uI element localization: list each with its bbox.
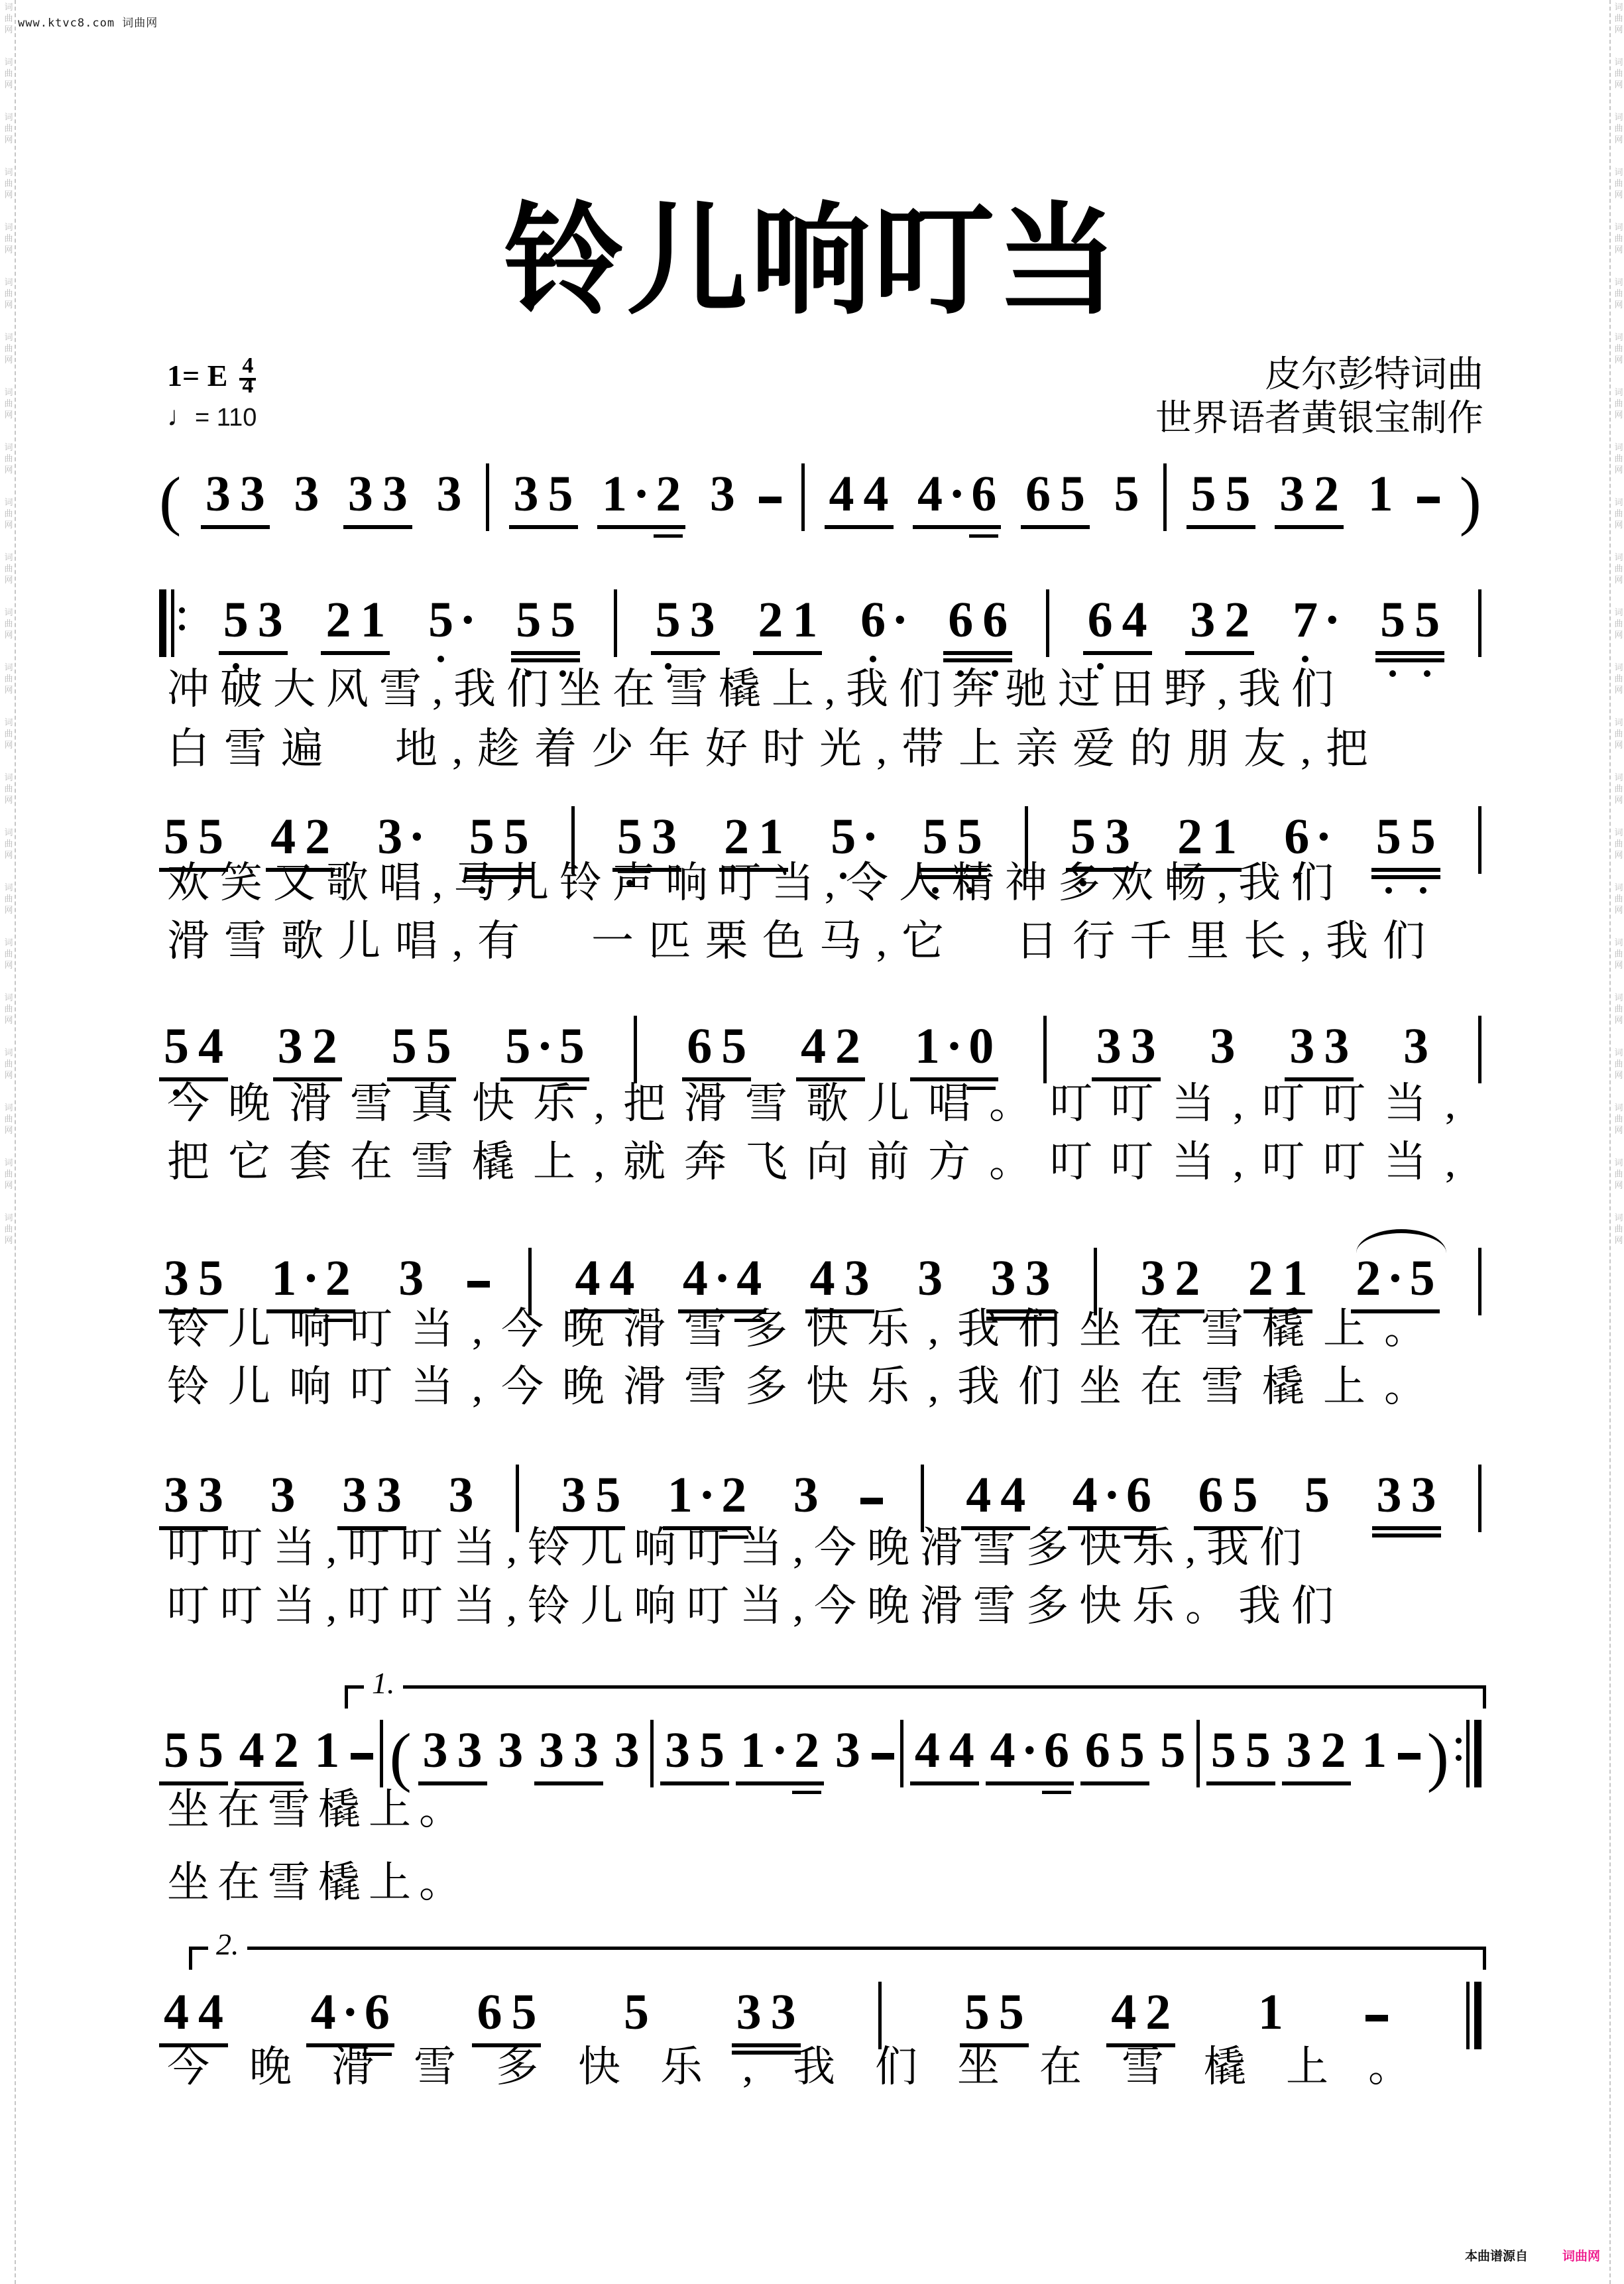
note-group: 44 (910, 1724, 979, 1777)
note-group: 44 (570, 1252, 639, 1305)
note-group: 35 (159, 1252, 228, 1305)
music-line-3: 5432555·565421·0333333 (159, 1020, 1481, 1073)
note-group: 7· (1288, 593, 1342, 646)
note-group: 35 (660, 1724, 729, 1777)
parenthesis: ( (390, 1730, 412, 1783)
dash-extension (1365, 2015, 1388, 2021)
note-group: 33 (159, 1469, 228, 1522)
note-group: 65 (1021, 467, 1090, 520)
side-watermark-text: 词曲网 (3, 718, 14, 751)
music-line-1: 53215·5553216·6664327·55 (159, 593, 1481, 646)
time-signature: 4 4 (239, 356, 256, 396)
credit-composer: 皮尔彭特词曲 (1155, 353, 1483, 396)
side-watermark-text: 词曲网 (1613, 3, 1624, 35)
dash-extension (1398, 1753, 1421, 1760)
dash-extension (467, 1281, 490, 1288)
barline (1043, 1016, 1047, 1083)
beam-underline (1375, 651, 1444, 655)
side-watermark-text: 词曲网 (1613, 938, 1624, 971)
note-group: 55 (1375, 593, 1444, 646)
side-watermark-text: 词曲网 (1613, 663, 1624, 695)
beam-underline (825, 525, 894, 529)
note-group: 5· (826, 810, 880, 863)
note-group: 3 (443, 1469, 478, 1522)
music-line-2: 55423·5553215·5553216·55 (159, 810, 1481, 863)
note-group: 65 (1194, 1469, 1263, 1522)
note-group: 5 (1300, 1469, 1334, 1522)
note-group: 53 (612, 810, 681, 863)
side-watermark-text: 词曲网 (1613, 718, 1624, 751)
note-group: 21 (753, 593, 822, 646)
note-group: 3 (432, 467, 466, 520)
lyric-line: 铃儿响叮当,今晚滑雪多快乐,我们坐在雪橇上。 (167, 1303, 1506, 1356)
beam-underline (943, 651, 1012, 655)
note-group: 5 (1109, 467, 1143, 520)
note-group: 55 (918, 810, 987, 863)
lyric-line: 今晚滑雪多快乐,我们坐在雪橇上。 (167, 2041, 1506, 2094)
note-group: 55 (511, 593, 580, 646)
side-watermark-text: 词曲网 (3, 1158, 14, 1191)
note-group: 3 (493, 1724, 528, 1777)
note-group: 5· (424, 593, 477, 646)
note-group: 32 (273, 1020, 342, 1073)
lyric-line: 叮叮当,叮叮当,铃儿响叮当,今晚滑雪多快乐,我们 (167, 1522, 1506, 1575)
beam-underline (1187, 525, 1255, 529)
beam-underline (1083, 651, 1152, 655)
right-dashed-divider (1609, 0, 1611, 2284)
note-group: 1·2 (597, 467, 685, 520)
parenthesis: ) (1460, 474, 1481, 527)
note-group: 3· (373, 810, 426, 863)
note-group: 33 (732, 1986, 801, 2039)
note-group: 55 (159, 1724, 228, 1777)
barline (878, 1982, 882, 2049)
note-group: 53 (219, 593, 288, 646)
note-group: 21 (321, 593, 390, 646)
barline (1196, 1720, 1200, 1787)
side-watermark-text: 词曲网 (1613, 333, 1624, 365)
beam-underline (753, 651, 822, 655)
lyric-line: 叮叮当,叮叮当,铃儿响叮当,今晚滑雪多快乐。我们 (167, 1580, 1506, 1633)
sixteenth-underline (654, 534, 683, 538)
volta-bracket-1: 1. (345, 1685, 1486, 1709)
note-group: 2·5 (1351, 1252, 1439, 1305)
note-group: 55 (1206, 1724, 1275, 1777)
barline (1046, 589, 1049, 657)
side-watermark-text: 词曲网 (1613, 1213, 1624, 1246)
beam-underline (913, 525, 1001, 529)
note-group: 1 (1357, 1724, 1391, 1777)
note-group: 32 (1185, 593, 1254, 646)
note-group: 3 (705, 467, 740, 520)
music-line-ending2: 444·66553355421 (159, 1986, 1481, 2039)
dash-extension (872, 1753, 894, 1760)
note-group: 33 (1092, 1020, 1161, 1073)
side-watermark-text: 词曲网 (3, 773, 14, 806)
side-watermark-text: 词曲网 (1613, 388, 1624, 420)
note-group: 6· (1279, 810, 1333, 863)
volta-label-2: 2. (208, 1927, 247, 1962)
key-label: 1= E (167, 359, 227, 392)
credits: 皮尔彭特词曲 世界语者黄银宝制作 (1155, 353, 1483, 440)
beam-underline (943, 658, 1012, 662)
final-barline (1466, 1982, 1481, 2039)
note-group: 1·2 (736, 1724, 824, 1777)
lyric-line: 今晚滑雪真快乐,把滑雪歌儿唱。叮叮当,叮叮当, (167, 1077, 1506, 1130)
note-group: 66 (943, 593, 1012, 646)
note-group: 55 (465, 810, 534, 863)
note-group: 33 (986, 1252, 1055, 1305)
barline (486, 463, 489, 531)
side-watermark-text: 词曲网 (3, 828, 14, 861)
begin-repeat-sign (159, 589, 185, 646)
parenthesis: ( (159, 474, 181, 527)
sixteenth-underline (969, 534, 998, 538)
note-group: 54 (159, 1020, 228, 1073)
side-watermark-text: 词曲网 (1613, 443, 1624, 475)
note-group: 5 (1155, 1724, 1190, 1777)
beam-underline (343, 525, 412, 529)
note-group: 65 (472, 1986, 541, 2039)
side-watermark-text: 词曲网 (3, 498, 14, 530)
side-watermark-text: 词曲网 (3, 608, 14, 640)
side-watermark-text: 词曲网 (1613, 553, 1624, 585)
music-line-4: 351·23444·44333332212·5 (159, 1252, 1481, 1305)
note-group: 1·0 (910, 1020, 998, 1073)
note-group: 35 (556, 1469, 625, 1522)
music-line-intro: (333333351·23444·665555321) (159, 467, 1481, 520)
note-group: 42 (266, 810, 335, 863)
side-watermark-text: 词曲网 (3, 993, 14, 1026)
beam-underline (1375, 658, 1444, 662)
note-group: 32 (1275, 467, 1344, 520)
low-octave-dot (870, 656, 876, 662)
note-group: 4·6 (1068, 1469, 1156, 1522)
note-group: 5 (619, 1986, 654, 2039)
note-group: 3 (289, 467, 323, 520)
note-group: 21 (719, 810, 788, 863)
side-watermark-text: 词曲网 (3, 113, 14, 145)
side-watermark-text: 词曲网 (3, 1048, 14, 1081)
note-group: 32 (1135, 1252, 1204, 1305)
lyric-line: 冲破大风雪,我们坐在雪橇上,我们奔驰过田野,我们 (167, 663, 1506, 716)
barline (380, 1720, 383, 1787)
note-group: 32 (1282, 1724, 1351, 1777)
dash-extension (1417, 497, 1440, 503)
side-watermark-text: 词曲网 (1613, 1048, 1624, 1081)
volta-bracket-2: 2. (189, 1947, 1486, 1970)
note-group: 55 (387, 1020, 456, 1073)
note-group: 33 (201, 467, 270, 520)
note-group: 21 (1173, 810, 1242, 863)
side-watermark-text: 词曲网 (1613, 1158, 1624, 1191)
note-group: 42 (1106, 1986, 1175, 2039)
note-group: 3 (394, 1252, 428, 1305)
side-watermark-text: 词曲网 (3, 443, 14, 475)
source-site-name: 词曲网 (1562, 2249, 1600, 2263)
note-group: 43 (805, 1252, 874, 1305)
note-group: 3 (789, 1469, 823, 1522)
beam-underline (1185, 651, 1254, 655)
barline (801, 463, 805, 531)
side-watermark-text: 词曲网 (1613, 58, 1624, 90)
song-title: 铃儿响叮当 (0, 164, 1624, 337)
side-watermark-text: 词曲网 (1613, 608, 1624, 640)
note-group: 55 (159, 810, 228, 863)
lyric-line: 欢笑又歌唱,马儿铃声响叮当,令人精神多欢畅,我们 (167, 857, 1506, 910)
note-group: 4·4 (678, 1252, 766, 1305)
note-group: 33 (1372, 1469, 1441, 1522)
lyric-line: 把它套在雪橇上,就奔飞向前方。叮叮当,叮叮当, (167, 1136, 1506, 1189)
note-group: 1·2 (663, 1469, 751, 1522)
side-watermark-text: 词曲网 (1613, 883, 1624, 916)
note-group: 33 (343, 467, 412, 520)
note-group: 42 (796, 1020, 865, 1073)
beam-underline (321, 651, 390, 655)
note-group: 53 (651, 593, 720, 646)
note-group: 1·2 (266, 1252, 355, 1305)
side-watermark-text: 词曲网 (3, 1103, 14, 1136)
side-watermark-text: 词曲网 (1613, 828, 1624, 861)
side-watermark-text: 词曲网 (1613, 1103, 1624, 1136)
source-attribution: 本曲谱源自词曲网 (1465, 2246, 1600, 2264)
beam-underline (1275, 525, 1344, 529)
low-octave-dot (437, 656, 444, 662)
beam-underline (597, 525, 685, 529)
source-attribution-prefix: 本曲谱源自 (1465, 2249, 1528, 2263)
dash-extension (860, 1498, 883, 1504)
barline (1478, 1016, 1481, 1083)
note-group: 55 (1187, 467, 1255, 520)
note-group: 55 (1371, 810, 1440, 863)
note-group: 3 (610, 1724, 644, 1777)
side-watermark-text: 词曲网 (3, 938, 14, 971)
note-group: 35 (509, 467, 578, 520)
end-repeat-sign (1456, 1720, 1481, 1777)
note-group: 33 (337, 1469, 406, 1522)
lyric-line: 滑雪歌儿唱,有 一匹栗色马,它 日行千里长,我们 (167, 915, 1506, 968)
dash-extension (759, 497, 782, 503)
site-url-watermark: www.ktvc8.com 词曲网 (18, 13, 158, 30)
side-watermark-text: 词曲网 (1613, 993, 1624, 1026)
side-watermark-text: 词曲网 (3, 663, 14, 695)
note-group: 6· (856, 593, 909, 646)
beam-underline (511, 651, 580, 655)
barline (900, 1720, 903, 1787)
note-group: 3 (265, 1469, 300, 1522)
note-group: 44 (825, 467, 894, 520)
music-line-ending1: 55421(333333351·23444·665555321) (159, 1724, 1481, 1777)
side-watermark-text: 词曲网 (3, 1213, 14, 1246)
note-group: 33 (534, 1724, 603, 1777)
beam-underline (219, 651, 288, 655)
barline (634, 1016, 637, 1083)
note-group: 21 (1244, 1252, 1312, 1305)
note-group: 55 (960, 1986, 1029, 2039)
left-dashed-divider (15, 0, 16, 2284)
note-group: 3 (1206, 1020, 1240, 1073)
side-watermark-text: 词曲网 (3, 388, 14, 420)
credit-arranger: 世界语者黄银宝制作 (1155, 396, 1483, 440)
barline (650, 1720, 654, 1787)
volta-label-1: 1. (364, 1666, 403, 1701)
barline (1163, 463, 1167, 531)
note-group: 42 (235, 1724, 304, 1777)
note-group: 5·5 (500, 1020, 589, 1073)
note-group: 53 (1066, 810, 1135, 863)
music-line-5: 333333351·23444·665533 (159, 1469, 1481, 1522)
note-group: 3 (913, 1252, 947, 1305)
note-group: 4·6 (306, 1986, 394, 2039)
side-watermark-text: 词曲网 (3, 553, 14, 585)
note-group: 44 (961, 1469, 1030, 1522)
side-watermark-text: 词曲网 (3, 3, 14, 35)
note-group: 65 (1080, 1724, 1149, 1777)
lyric-line: 坐在雪橇上。 (167, 1783, 1506, 1836)
note-group: 4·6 (913, 467, 1001, 520)
tie-arc (1356, 1229, 1446, 1253)
dash-extension (351, 1753, 373, 1760)
lyric-line: 白雪遍 地,趁着少年好时光,带上亲爱的朋友,把 (167, 723, 1506, 776)
side-watermark-text: 词曲网 (3, 333, 14, 365)
note-group: 65 (682, 1020, 751, 1073)
lyric-line: 铃儿响叮当,今晚滑雪多快乐,我们坐在雪橇上。 (167, 1360, 1506, 1413)
quarter-note-icon: ♩ (167, 400, 195, 432)
beam-underline (511, 658, 580, 662)
side-watermark-text: 词曲网 (1613, 113, 1624, 145)
tempo-value: = 110 (195, 404, 257, 432)
beam-underline (201, 525, 270, 529)
note-group: 1 (1363, 467, 1398, 520)
beam-underline (651, 651, 720, 655)
note-group: 1 (1253, 1986, 1288, 2039)
note-group: 3 (1399, 1020, 1433, 1073)
barline (1478, 589, 1481, 657)
sheet-music-page: 词曲网词曲网词曲网词曲网词曲网词曲网词曲网词曲网词曲网词曲网词曲网词曲网词曲网词… (0, 0, 1624, 2284)
side-watermark-text: 词曲网 (1613, 498, 1624, 530)
note-group: 44 (159, 1986, 228, 2039)
note-group: 64 (1083, 593, 1152, 646)
tempo-marking: ♩= 110 (167, 400, 257, 432)
beam-underline (509, 525, 578, 529)
side-watermark-text: 词曲网 (1613, 773, 1624, 806)
parenthesis: ) (1427, 1730, 1449, 1783)
barline (614, 589, 617, 657)
side-watermark-text: 词曲网 (3, 883, 14, 916)
beam-underline (1021, 525, 1090, 529)
lyric-line: 坐在雪橇上。 (167, 1856, 1506, 1909)
note-group: 3 (831, 1724, 865, 1777)
note-group: 1 (310, 1724, 344, 1777)
note-group: 4·6 (986, 1724, 1074, 1777)
note-group: 33 (1285, 1020, 1354, 1073)
low-octave-dot (1302, 656, 1308, 662)
side-watermark-text: 词曲网 (3, 58, 14, 90)
note-group: 33 (418, 1724, 487, 1777)
time-signature-bottom: 4 (242, 373, 253, 398)
key-signature: 1= E4 4 (167, 358, 256, 398)
